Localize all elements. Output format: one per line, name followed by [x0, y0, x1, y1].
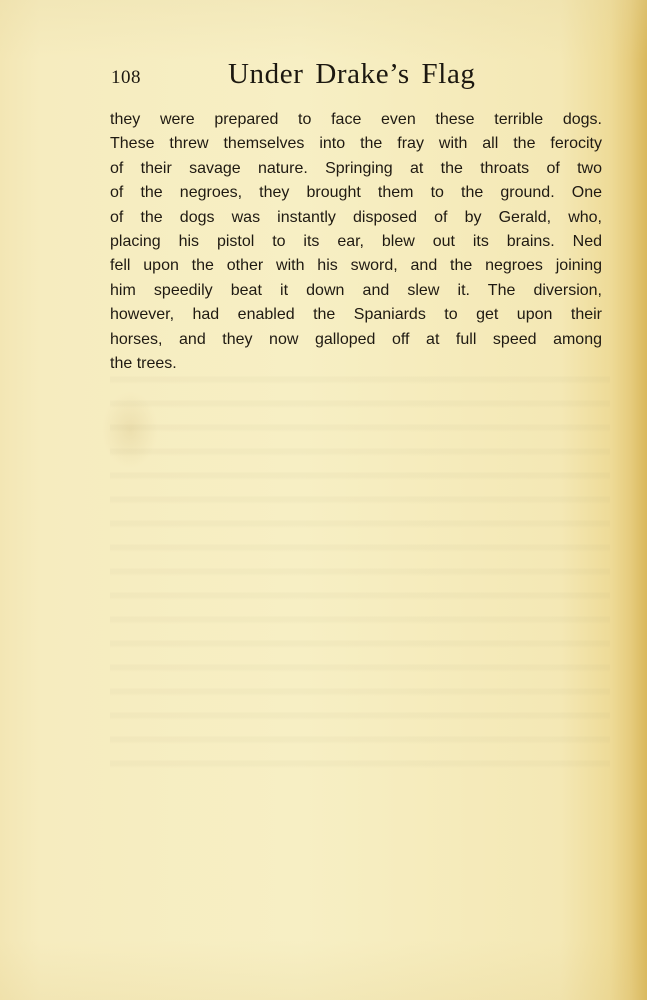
text-line: These threw themselves into the fray wit…	[110, 132, 602, 156]
text-line: of their savage nature. Springing at the…	[110, 157, 602, 181]
show-through-text	[110, 360, 610, 780]
book-title: Under Drake’s Flag	[228, 58, 476, 91]
book-page: 108 Under Drake’s Flag they were prepare…	[0, 0, 647, 1000]
text-line: of the dogs was instantly disposed of by…	[110, 206, 602, 230]
text-line: horses, and they now galloped off at ful…	[110, 328, 602, 352]
text-line: fell upon the other with his sword, and …	[110, 254, 602, 278]
running-head: 108 Under Drake’s Flag	[111, 58, 611, 98]
text-line: of the negroes, they brought them to the…	[110, 181, 602, 205]
text-line: him speedily beat it down and slew it. T…	[110, 279, 602, 303]
text-line-last: the trees.	[110, 352, 602, 376]
text-line: however, had enabled the Spaniards to ge…	[110, 303, 602, 327]
text-line: placing his pistol to its ear, blew out …	[110, 230, 602, 254]
text-line: they were prepared to face even these te…	[110, 108, 602, 132]
page-number: 108	[111, 67, 141, 89]
body-paragraph: they were prepared to face even these te…	[110, 108, 602, 376]
